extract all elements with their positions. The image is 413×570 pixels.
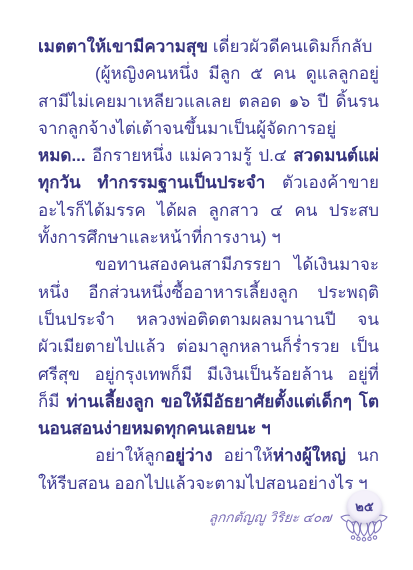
text-segment: เป็นประจำ หลวงพ่อติดตามผลมานานปี จนขอทาน… (38, 310, 379, 333)
text-segment: จากลูกจ้างไต่เต้าจนขึ้นมาเป็นผู้จัดการอย… (38, 119, 347, 142)
text-segment: อยู่ว่าง (165, 446, 213, 465)
text-line: เป็นประจำ หลวงพ่อติดตามผลมานานปี จนขอทาน… (38, 306, 379, 333)
text-segment: ผัวเมียตายไปแล้ว ต่อมาลูกหลานก็ร่ำรวย เป… (38, 337, 379, 360)
text-line: สามีไม่เคยมาเหลียวแลเลย ตลอด ๑๖ ปี ดิ้นร… (38, 88, 379, 115)
text-line: จากลูกจ้างไต่เต้าจนขึ้นมาเป็นผู้จัดการอย… (38, 115, 379, 142)
text-segment: ห่างผู้ใหญ่ (273, 446, 346, 465)
text-line: เมตตาให้เขามีความสุข เดี่ยวผัวดีคนเดิมก็… (38, 33, 379, 60)
text-segment: ทุกวัน ทำกรรมฐานเป็นประจำ (38, 173, 265, 192)
text-segment: อะไรก็ได้มรรค ได้ผล ลูกสาว ๔ คน ประสบควา… (38, 201, 379, 224)
text-line: ทุกวัน ทำกรรมฐานเป็นประจำ ตัวเองค้าขายร่… (38, 169, 379, 196)
text-segment: หนึ่ง อีกส่วนหนึ่งซื้ออาหารเลี้ยงลูก ประ… (38, 283, 379, 306)
text-line: ก็มี ท่านเลี้ยงลูก ขอให้มีอัธยาศัยตั้งแต… (38, 388, 379, 415)
text-segment: (ผู้หญิงคนหนึ่ง มีลูก ๕ คน ดูแลลูกอยู่คน… (95, 64, 379, 87)
page-number: ๒๕ (347, 490, 382, 523)
text-segment: สามีไม่เคยมาเหลียวแลเลย ตลอด ๑๖ ปี ดิ้นร… (38, 92, 379, 115)
text-line: หมด... อีกรายหนึ่ง แม่ความรู้ ป.๔ สวดมนต… (38, 142, 379, 169)
page-footer: ลูกกตัญญู วิริยะ ๔๐๗ ๒๕ (209, 490, 390, 548)
book-page: เมตตาให้เขามีความสุข เดี่ยวผัวดีคนเดิมก็… (0, 0, 413, 570)
text-line: ขอทานสองคนสามีภรรยา ได้เงินมาจะทำบุญส่วน (38, 251, 379, 278)
text-line: อะไรก็ได้มรรค ได้ผล ลูกสาว ๔ คน ประสบควา… (38, 197, 379, 224)
text-line: ทั้งการศึกษาและหน้าที่การงาน) ฯ (38, 224, 379, 251)
text-line: ผัวเมียตายไปแล้ว ต่อมาลูกหลานก็ร่ำรวย เป… (38, 333, 379, 360)
text-segment: หมด... (38, 146, 86, 165)
text-line: นอนสอนง่ายหมดทุกคนเลยนะ ฯ (38, 415, 379, 442)
text-segment: อีกรายหนึ่ง แม่ความรู้ ป.๔ (86, 146, 294, 165)
text-line: อย่าให้ลูกอยู่ว่าง อย่าให้ห่างผู้ใหญ่ นก… (38, 442, 379, 469)
text-segment: อย่าให้ลูก (95, 446, 165, 465)
text-segment: ท่านเลี้ยงลูก ขอให้มีอัธยาศัยตั้งแต่เด็ก… (38, 392, 379, 415)
text-segment: ขอทานสองคนสามีภรรยา ได้เงินมาจะทำบุญส่วน (95, 255, 379, 278)
text-segment: อย่าให้ (213, 446, 273, 465)
footer-signature: ลูกกตัญญู วิริยะ ๔๐๗ (207, 506, 332, 528)
body-text: เมตตาให้เขามีความสุข เดี่ยวผัวดีคนเดิมก็… (38, 33, 379, 497)
text-segment: นอนสอนง่ายหมดทุกคนเลยนะ ฯ (38, 419, 271, 438)
page-number-badge: ๒๕ (339, 490, 389, 548)
text-segment: ก็มี (38, 392, 66, 411)
text-segment: เมตตาให้เขามีความสุข (38, 37, 208, 56)
text-line: (ผู้หญิงคนหนึ่ง มีลูก ๕ คน ดูแลลูกอยู่คน… (38, 60, 379, 87)
text-segment: ศรีสุข อยู่กรุงเทพก็มี มีเงินเป็นร้อยล้า… (38, 365, 379, 388)
text-segment: ทั้งการศึกษาและหน้าที่การงาน) ฯ (38, 228, 281, 247)
text-line: ศรีสุข อยู่กรุงเทพก็มี มีเงินเป็นร้อยล้า… (38, 361, 379, 388)
text-line: หนึ่ง อีกส่วนหนึ่งซื้ออาหารเลี้ยงลูก ประ… (38, 279, 379, 306)
